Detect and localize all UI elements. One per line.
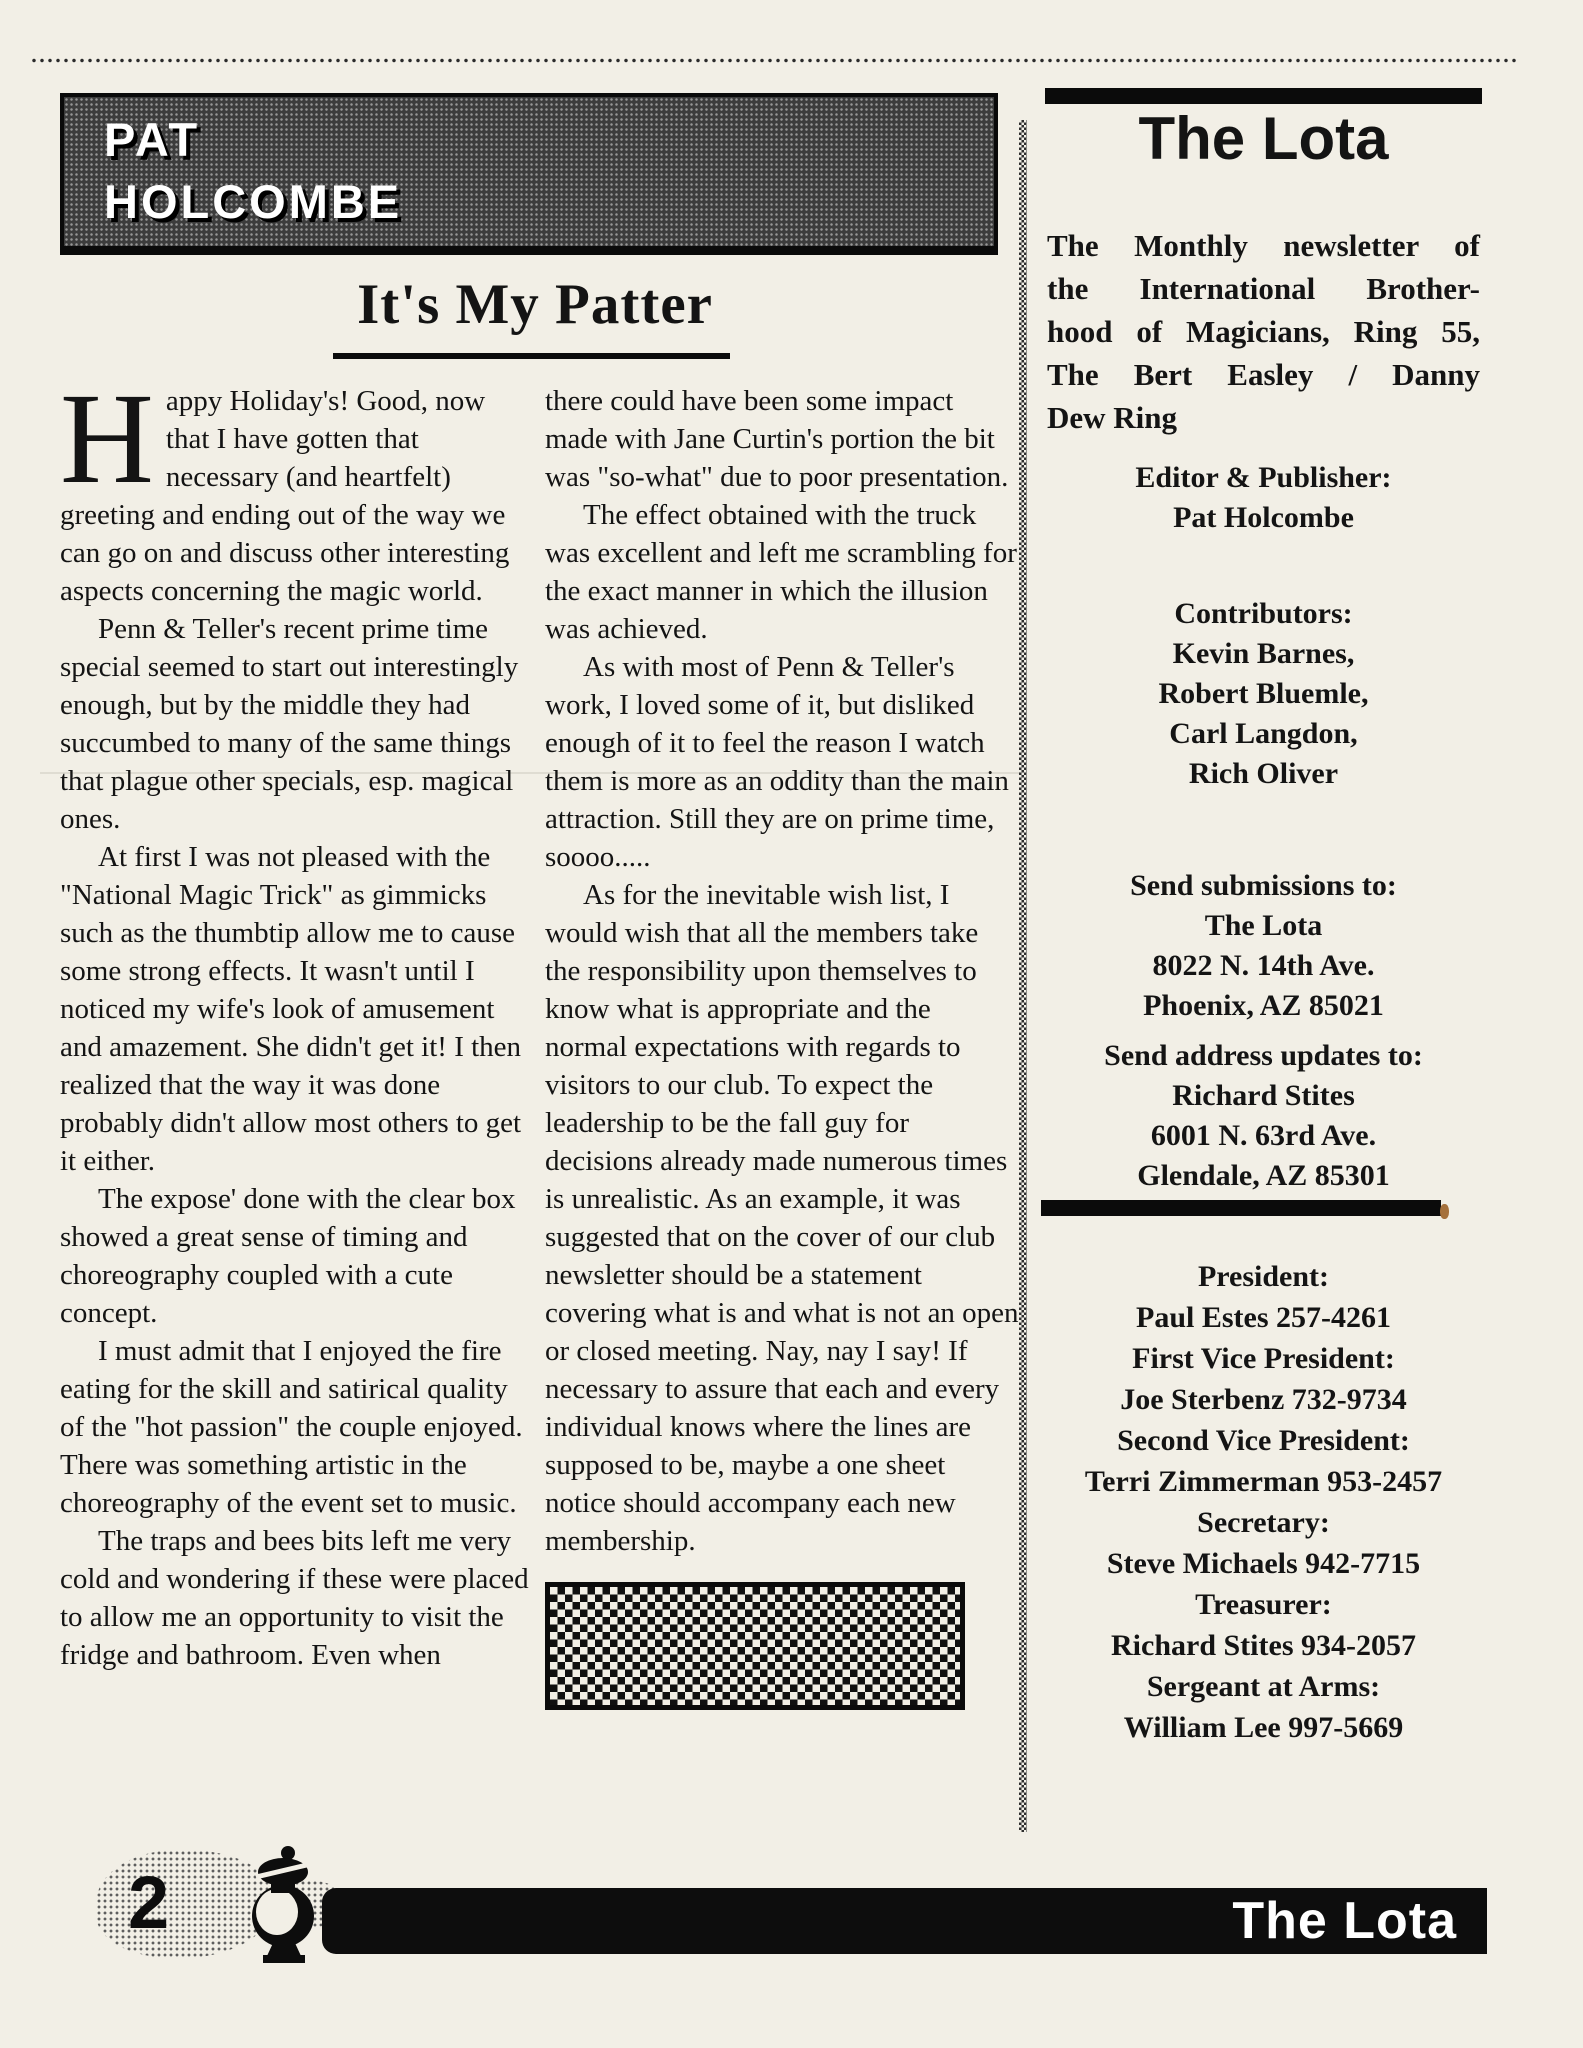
article-paragraph: The expose' done with the clear box show…: [60, 1180, 534, 1332]
officers-list: President:Paul Estes 257-4261First Vice …: [1045, 1256, 1482, 1748]
masthead-top-bar: [1045, 88, 1482, 104]
section-line: Carl Langdon,: [1045, 714, 1482, 754]
officer-name: Joe Sterbenz 732-9734: [1045, 1379, 1482, 1420]
article-paragraph: As for the inevitable wish list, I would…: [545, 876, 1019, 1560]
article-column-middle: there could have been some impact made w…: [545, 382, 1019, 1710]
contributors-section: Contributors:Kevin Barnes,Robert Bluemle…: [1045, 594, 1482, 794]
section-heading: Contributors:: [1045, 594, 1482, 634]
officer-name: Paul Estes 257-4261: [1045, 1297, 1482, 1338]
article-column-left: Happy Holiday's! Good, now that I have g…: [60, 382, 534, 1674]
masthead-description-line: the International Brother-: [1047, 267, 1480, 310]
masthead-title: The Lota: [1045, 104, 1482, 173]
section-heading: Send address updates to:: [1045, 1036, 1482, 1076]
masthead-description-line: Dew Ring: [1047, 396, 1480, 439]
masthead-description-line: The Monthly newsletter of: [1047, 224, 1480, 267]
masthead-description-line: hood of Magicians, Ring 55,: [1047, 310, 1480, 353]
section-line: Kevin Barnes,: [1045, 634, 1482, 674]
article-paragraph: The traps and bees bits left me very col…: [60, 1522, 534, 1674]
section-heading: Send submissions to:: [1045, 866, 1482, 906]
footer-brand-bar: The Lota: [322, 1888, 1487, 1954]
officer-title: First Vice President:: [1045, 1338, 1482, 1379]
scan-crease: [40, 772, 1020, 774]
column-divider: [1019, 120, 1027, 1832]
officer-title: Sergeant at Arms:: [1045, 1666, 1482, 1707]
article-paragraph: I must admit that I enjoyed the fire eat…: [60, 1332, 534, 1522]
officer-title: Secretary:: [1045, 1502, 1482, 1543]
article-paragraph: Penn & Teller's recent prime time specia…: [60, 610, 534, 838]
author-banner-line2: HOLCOMBE: [104, 171, 994, 233]
editor-publisher-section: Editor & Publisher:Pat Holcombe: [1045, 458, 1482, 538]
section-line: Richard Stites: [1045, 1076, 1482, 1116]
submissions-address-section: Send submissions to:The Lota8022 N. 14th…: [1045, 866, 1482, 1026]
section-line: Rich Oliver: [1045, 754, 1482, 794]
drop-cap: H: [60, 382, 166, 489]
article-paragraph: Happy Holiday's! Good, now that I have g…: [60, 382, 534, 610]
article-paragraph: At first I was not pleased with the "Nat…: [60, 838, 534, 1180]
officer-title: Treasurer:: [1045, 1584, 1482, 1625]
officer-name: Terri Zimmerman 953-2457: [1045, 1461, 1482, 1502]
lota-vessel-icon: [243, 1843, 325, 1965]
section-line: 6001 N. 63rd Ave.: [1045, 1116, 1482, 1156]
section-line: Phoenix, AZ 85021: [1045, 986, 1482, 1026]
article-paragraph: there could have been some impact made w…: [545, 382, 1019, 496]
section-line: The Lota: [1045, 906, 1482, 946]
article-paragraph: As with most of Penn & Teller's work, I …: [545, 648, 1019, 876]
officer-name: William Lee 997-5669: [1045, 1707, 1482, 1748]
section-line: 8022 N. 14th Ave.: [1045, 946, 1482, 986]
address-updates-section: Send address updates to:Richard Stites60…: [1045, 1036, 1482, 1196]
footer-brand-text: The Lota: [1232, 1891, 1457, 1951]
author-banner: PAT HOLCOMBE: [60, 93, 998, 255]
masthead-description: The Monthly newsletter ofthe Internation…: [1047, 224, 1480, 439]
end-of-article-pattern: [545, 1582, 965, 1710]
newsletter-page: PAT HOLCOMBE It's My Patter Happy Holida…: [0, 0, 1583, 2048]
page-number: 2: [128, 1860, 169, 1945]
author-banner-line1: PAT: [104, 109, 994, 171]
officer-name: Richard Stites 934-2057: [1045, 1625, 1482, 1666]
masthead-description-line: The Bert Easley / Danny: [1047, 353, 1480, 396]
article-paragraph: The effect obtained with the truck was e…: [545, 496, 1019, 648]
paper-stain: [1440, 1204, 1449, 1219]
section-line: Pat Holcombe: [1045, 498, 1482, 538]
officer-name: Steve Michaels 942-7715: [1045, 1543, 1482, 1584]
officer-title: President:: [1045, 1256, 1482, 1297]
section-line: Glendale, AZ 85301: [1045, 1156, 1482, 1196]
section-heading: Editor & Publisher:: [1045, 458, 1482, 498]
sidebar-masthead: The Lota The Monthly newsletter ofthe In…: [1045, 0, 1482, 2048]
title-underline: [333, 353, 730, 359]
masthead-divider-bar: [1041, 1200, 1441, 1216]
officer-title: Second Vice President:: [1045, 1420, 1482, 1461]
section-line: Robert Bluemle,: [1045, 674, 1482, 714]
article-title: It's My Patter: [60, 272, 1010, 337]
